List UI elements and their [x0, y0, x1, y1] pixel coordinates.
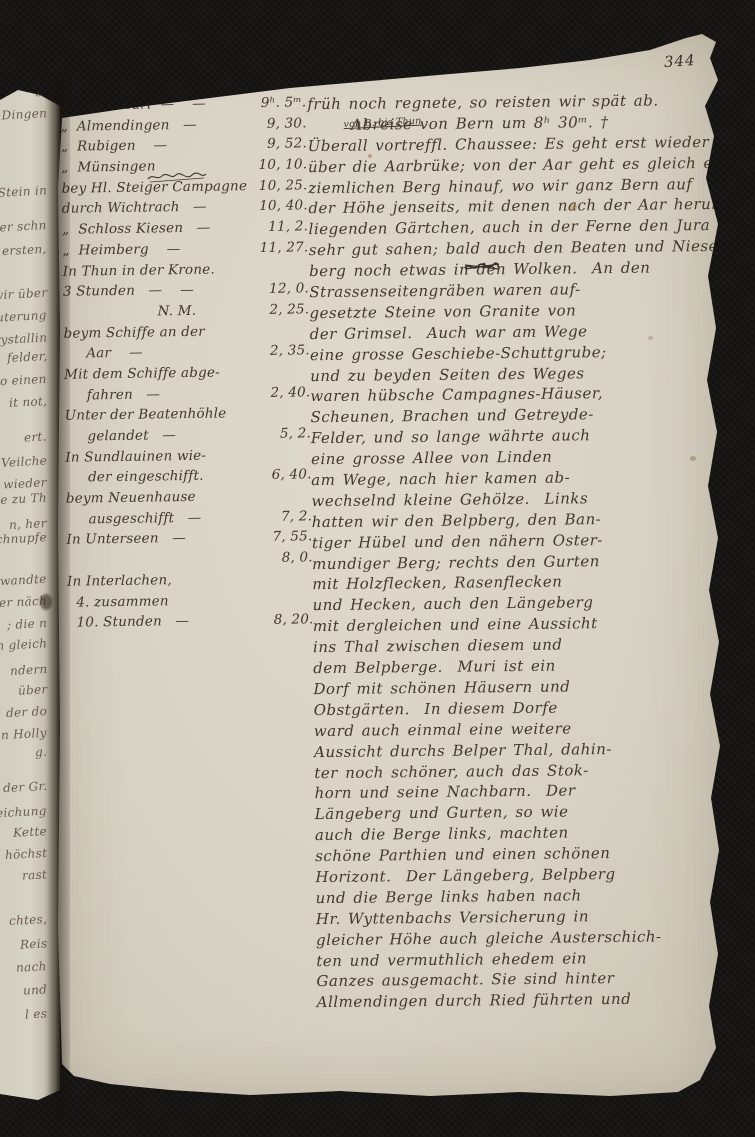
margin-fragment: felder,	[6, 349, 47, 365]
itinerary-place: Unter der Beatenhöhle	[65, 406, 227, 424]
itinerary-time: 7, 55.	[272, 529, 312, 546]
margin-fragment: ersten,	[2, 242, 47, 258]
margin-fragment: krystallin	[0, 330, 47, 347]
margin-fragment: der do	[6, 704, 48, 720]
margin-fragment: n Veilche	[0, 453, 47, 470]
itinerary-place: „ Heimberg —	[62, 241, 180, 259]
margin-fragment: nach	[16, 959, 47, 975]
itinerary-time: 7, 2.	[281, 508, 312, 524]
margin-fragment: wir über	[0, 286, 47, 303]
margin-fragment: ert.	[24, 429, 47, 444]
itinerary-place: ausgeschifft —	[66, 510, 201, 528]
margin-fragment: ndern	[9, 662, 47, 678]
itinerary-time: 2, 35.	[270, 343, 310, 360]
itinerary-time: 8, 0.	[282, 549, 313, 565]
manuscript-scan: 6: hen Dingen te Stein in nieder schn er…	[0, 0, 755, 1137]
margin-fragment: te Stein in	[0, 183, 47, 200]
journal-lines: früh noch regnete, so reisten wir spät a…	[307, 90, 729, 1013]
itinerary-place: beym Schiffe an der	[63, 323, 205, 341]
itinerary-time: 11, 2.	[268, 218, 308, 235]
itinerary-place: In Unterseen —	[66, 530, 186, 548]
facing-page-edge: 6: hen Dingen te Stein in nieder schn er…	[0, 86, 60, 1112]
itinerary-time: 10, 10.	[258, 156, 307, 173]
itinerary-place: 3 Stunden — —	[63, 282, 194, 300]
itinerary-place: In Interlachen,	[67, 572, 172, 589]
margin-fragment: Reis	[19, 936, 47, 951]
itinerary-time: 10, 25.	[259, 177, 308, 194]
itinerary-place: † durch Muri — —	[60, 96, 206, 114]
itinerary-place: „ Rubigen —	[61, 138, 168, 155]
margin-fragment: wandte	[0, 572, 47, 588]
journal-line: Allmendingen durch Ried führten und	[317, 988, 729, 1013]
itinerary-place: gelandet —	[65, 427, 176, 445]
margin-fragment: erläuterung	[0, 308, 47, 326]
page-number: 344	[663, 51, 696, 71]
itinerary-row: 10. Stunden — 8, 20.	[67, 611, 313, 635]
itinerary-time: 8, 20.	[274, 611, 314, 628]
margin-fragment: 6:	[34, 86, 47, 99]
margin-fragment: eichung	[0, 804, 47, 821]
margin-fragment: über	[17, 682, 47, 698]
margin-fragment: Kette	[13, 824, 48, 840]
itinerary-place: der eingeschifft.	[65, 468, 203, 486]
itinerary-time: 11, 27.	[260, 239, 309, 256]
margin-fragment: höchst	[4, 846, 47, 862]
itinerary-place: In Sundlauinen wie-	[65, 447, 206, 465]
journal-text: von B. bis Thun früh noch regnete, so re…	[307, 90, 729, 1013]
margin-fragment: der näch	[0, 594, 47, 611]
margin-fragment: chtes,	[9, 912, 48, 928]
margin-fragment: hen Dingen	[0, 106, 47, 124]
itinerary-place: Aar —	[64, 345, 143, 362]
margin-fragment: nen gleich	[0, 636, 47, 653]
margin-fragment: l es	[25, 1006, 48, 1021]
margin-fragment: n Holly	[1, 726, 47, 742]
itinerary-time: 9ʰ. 5ᵐ.	[261, 94, 307, 111]
itinerary-place: beym Neuenhause	[66, 489, 196, 507]
strikethrough-scribble	[464, 260, 500, 274]
itinerary-place: 4. zusammen	[67, 593, 169, 610]
itinerary-place: „ Münsingen	[61, 158, 156, 175]
itinerary-time: 2, 40.	[270, 384, 310, 401]
margin-fragment: it not,	[8, 394, 47, 410]
itinerary-place: In Thun in der Krone.	[63, 261, 215, 279]
itinerary-place: „ Almendingen —	[61, 117, 197, 135]
margin-fragment: der Gr.	[2, 779, 47, 795]
itinerary-place: Mit dem Schiffe abge-	[64, 364, 220, 382]
itinerary-time: 5, 2.	[280, 425, 311, 441]
itinerary-time: 9, 52.	[267, 136, 307, 153]
itinerary-place: durch Wichtrach —	[62, 199, 207, 217]
itinerary-place: fahren —	[64, 386, 160, 403]
itinerary-time: 2, 25.	[269, 301, 309, 318]
interlinear-correction-scribble	[146, 170, 208, 184]
margin-fragment: und	[23, 982, 48, 997]
itinerary-time: 6, 40.	[272, 467, 312, 484]
margin-fragment: ; die n	[7, 616, 48, 632]
itinerary-place: „ Schloss Kiesen —	[62, 220, 210, 238]
margin-fragment: n Schnupfe	[0, 530, 47, 548]
itinerary-place: N. M.	[63, 303, 196, 321]
journal-line: sehr gut sahen; bald auch den Beaten und…	[309, 236, 721, 261]
manuscript-page: 344 † durch Muri — — 9ʰ. 5ᵐ. „ Almending…	[50, 28, 726, 1106]
journal-line: früh noch regnete, so reisten wir spät a…	[307, 90, 719, 115]
margin-fragment: lle zu Th	[0, 491, 47, 508]
itinerary-time: 9, 30.	[267, 115, 307, 132]
itinerary-time: 10, 40.	[259, 198, 308, 215]
margin-fragment: nieder schn	[0, 218, 47, 236]
itinerary-time: 12, 0.	[269, 280, 309, 297]
itinerary-place: 10. Stunden —	[67, 613, 189, 631]
margin-fragment: rast	[22, 867, 48, 882]
margin-fragment: o einen	[0, 372, 47, 388]
margin-fragment: g.	[35, 745, 48, 760]
